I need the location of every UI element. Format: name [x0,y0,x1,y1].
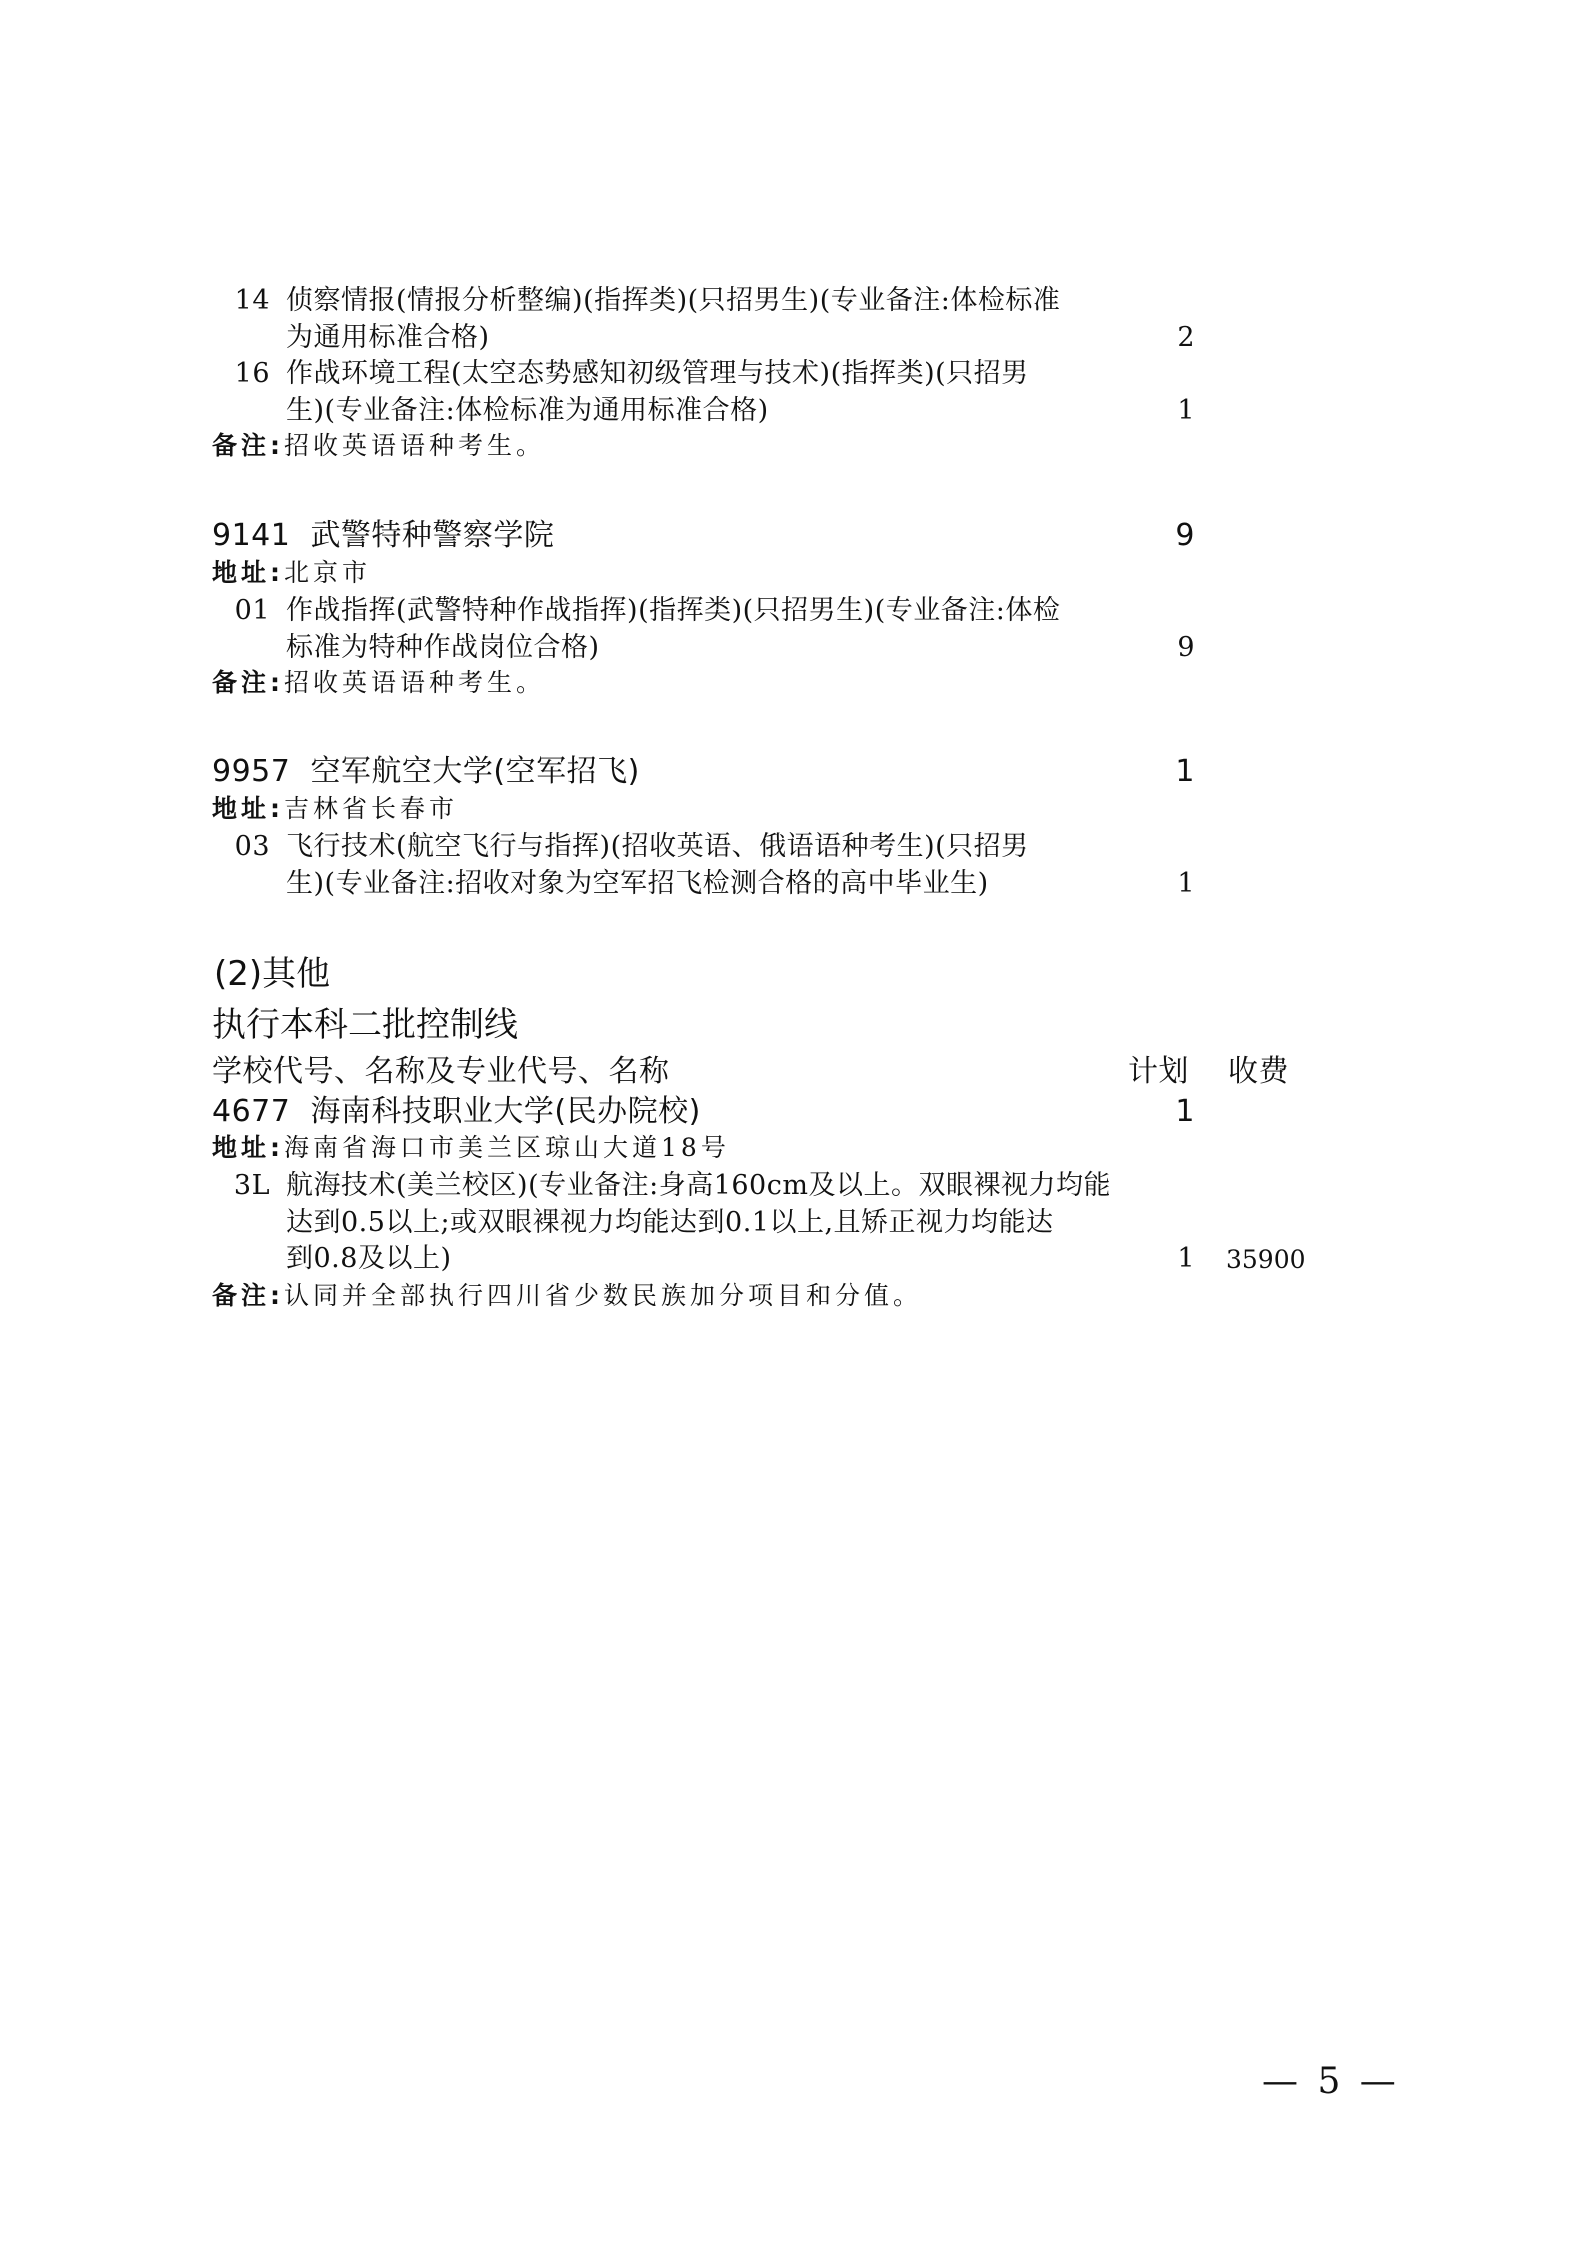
major-item-16-line1: 16作战环境工程(太空态势感知初级管理与技术)(指挥类)(只招男 [228,360,1029,387]
major-code: 01 [228,597,270,624]
document-page: 14侦察情报(情报分析整编)(指挥类)(只招男生)(专业备注:体检标准 为通用标… [0,0,1587,2245]
remark-text: 认同并全部执行四川省少数民族加分项目和分值。 [284,1281,922,1310]
address-line: 地址:吉林省长春市 [212,796,458,821]
major-item-03-line2: 生)(专业备注:招收对象为空军招飞检测合格的高中毕业生) [286,870,989,897]
major-item-01-line1: 01作战指挥(武警特种作战指挥)(指挥类)(只招男生)(专业备注:体检 [228,597,1060,624]
remark-line: 备注:招收英语语种考生。 [212,670,545,695]
school-name: 武警特种警察学院 [310,518,554,553]
major-code: 16 [228,360,270,387]
school-code: 9957 [212,754,290,789]
address-text: 吉林省长春市 [284,794,458,823]
major-item-3L-line1: 3L航海技术(美兰校区)(专业备注:身高160cm及以上。双眼裸视力均能 [228,1172,1111,1199]
address-label: 地址: [212,558,284,587]
remark-text: 招收英语语种考生。 [284,668,545,697]
school-code: 4677 [212,1094,290,1129]
major-text: 侦察情报(情报分析整编)(指挥类)(只招男生)(专业备注:体检标准 [286,285,1060,316]
address-label: 地址: [212,794,284,823]
address-line: 地址:海南省海口市美兰区琼山大道18号 [212,1135,730,1160]
remark-label: 备注: [212,431,284,460]
school-plan-total: 1 [1135,757,1195,787]
major-item-03-line1: 03飞行技术(航空飞行与指挥)(招收英语、俄语语种考生)(只招男 [228,833,1029,860]
remark-line: 备注:认同并全部执行四川省少数民族加分项目和分值。 [212,1283,922,1308]
major-text: 作战指挥(武警特种作战指挥)(指挥类)(只招男生)(专业备注:体检 [286,595,1060,626]
section-title: (2)其他 [214,957,330,991]
major-code: 03 [228,833,270,860]
column-header-plan: 计划 [1128,1057,1189,1087]
remark-label: 备注: [212,668,284,697]
page-number: — 5 — [1262,2064,1400,2100]
address-text: 北京市 [284,558,371,587]
school-code: 9141 [212,518,290,553]
column-header-name: 学校代号、名称及专业代号、名称 [212,1057,670,1087]
remark-line: 备注:招收英语语种考生。 [212,433,545,458]
plan-count: 1 [1135,870,1195,897]
school-name: 空军航空大学(空军招飞) [310,754,639,789]
major-code: 14 [228,287,270,314]
section-subtitle: 执行本科二批控制线 [212,1008,518,1042]
column-header-fee: 收费 [1228,1057,1289,1087]
school-plan-total: 1 [1135,1097,1195,1127]
school-header-4677: 4677 海南科技职业大学(民办院校) [212,1097,701,1127]
fee-amount: 35900 [1226,1247,1306,1272]
major-item-3L-line3: 到0.8及以上) [286,1245,451,1272]
address-line: 地址:北京市 [212,560,371,585]
plan-count: 1 [1135,397,1195,424]
major-item-3L-line2: 达到0.5以上;或双眼裸视力均能达到0.1以上,且矫正视力均能达 [286,1209,1054,1236]
remark-label: 备注: [212,1281,284,1310]
plan-count: 2 [1135,324,1195,351]
major-item-01-line2: 标准为特种作战岗位合格) [286,634,600,661]
address-label: 地址: [212,1133,284,1162]
major-text: 飞行技术(航空飞行与指挥)(招收英语、俄语语种考生)(只招男 [286,831,1029,862]
major-text: 作战环境工程(太空态势感知初级管理与技术)(指挥类)(只招男 [286,358,1029,389]
address-text: 海南省海口市美兰区琼山大道18号 [284,1133,730,1162]
school-header-9141: 9141 武警特种警察学院 [212,521,554,551]
plan-count: 1 [1135,1245,1195,1272]
remark-text: 招收英语语种考生。 [284,431,545,460]
school-plan-total: 9 [1135,521,1195,551]
major-item-14-line1: 14侦察情报(情报分析整编)(指挥类)(只招男生)(专业备注:体检标准 [228,287,1060,314]
plan-count: 9 [1135,634,1195,661]
school-header-9957: 9957 空军航空大学(空军招飞) [212,757,640,787]
school-name: 海南科技职业大学(民办院校) [310,1094,700,1129]
major-item-14-line2: 为通用标准合格) [286,324,490,351]
major-item-16-line2: 生)(专业备注:体检标准为通用标准合格) [286,397,769,424]
major-text: 航海技术(美兰校区)(专业备注:身高160cm及以上。双眼裸视力均能 [286,1170,1111,1201]
major-code: 3L [228,1172,270,1199]
